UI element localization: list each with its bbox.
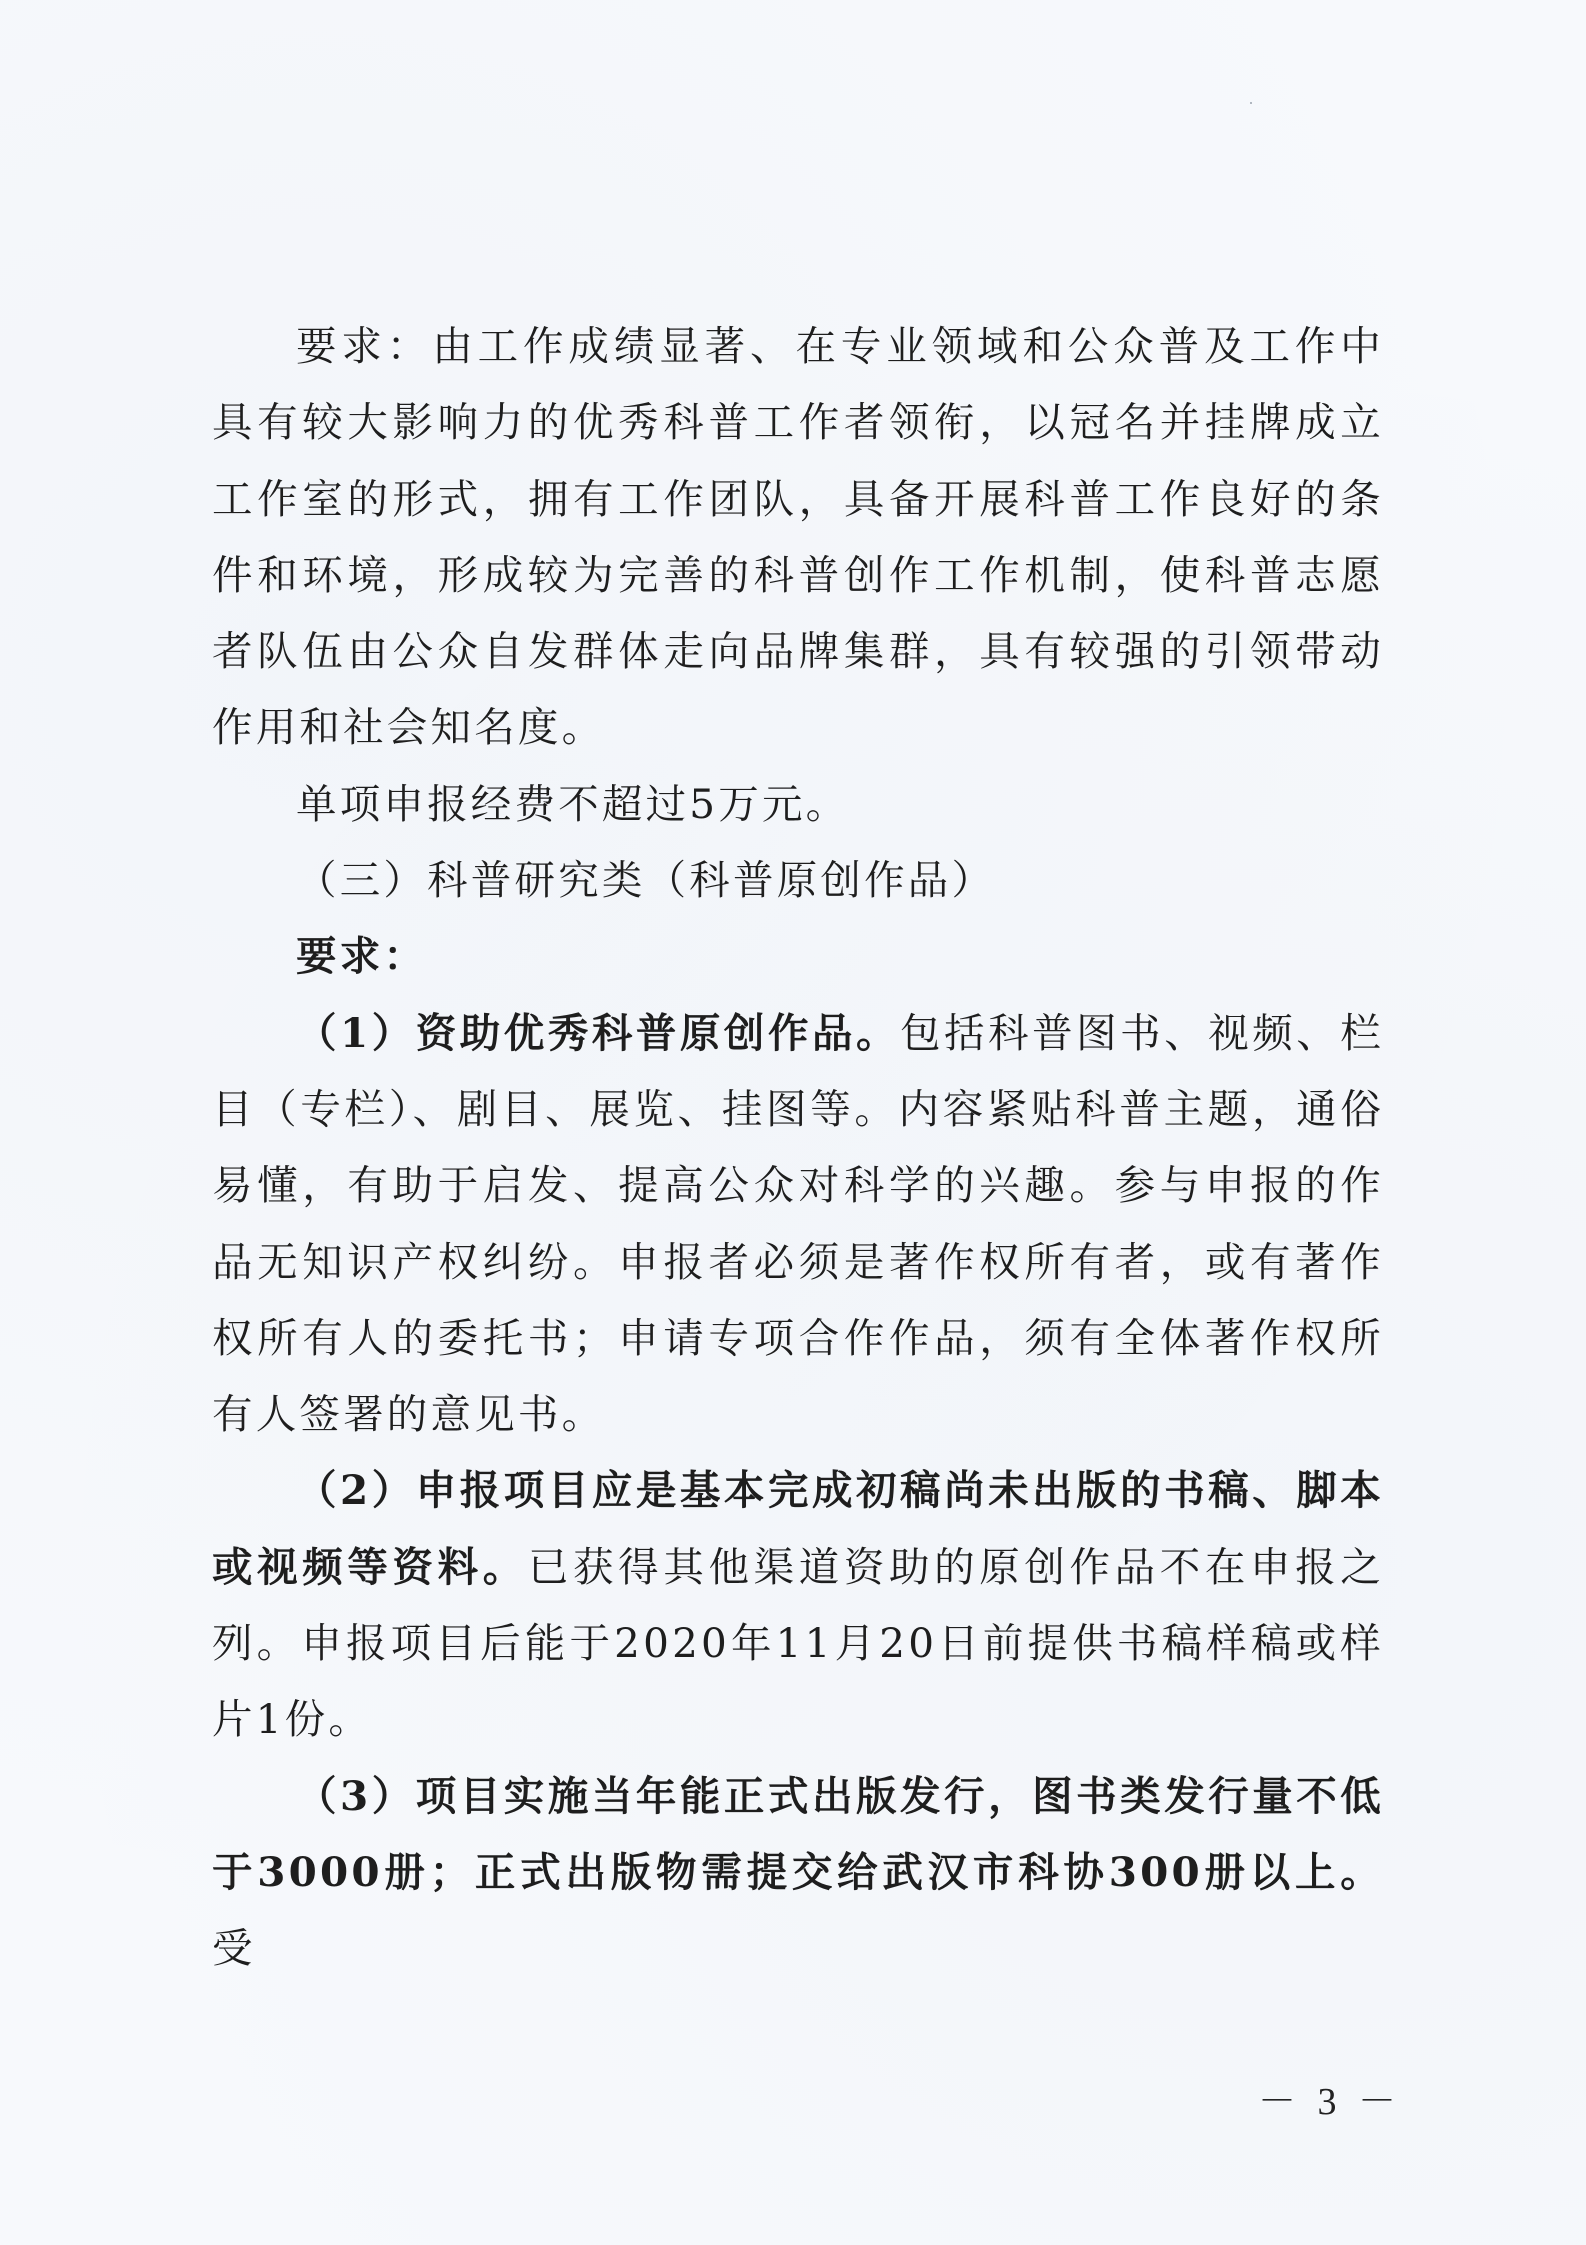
paragraph-text: 要求：由工作成绩显著、在专业领域和公众普及工作中具有较大影响力的优秀科普工作者领… xyxy=(212,322,1384,751)
list-item-2: （2）申报项目应是基本完成初稿尚未出版的书稿、脚本或视频等资料。已获得其他渠道资… xyxy=(212,1452,1384,1757)
list-item-lead: （1）资助优秀科普原创作品。 xyxy=(296,1009,900,1057)
document-body: 要求：由工作成绩显著、在专业领域和公众普及工作中具有较大影响力的优秀科普工作者领… xyxy=(212,308,1384,1987)
paragraph-funding-limit: 单项申报经费不超过5万元。 xyxy=(212,766,1384,842)
document-page: 要求：由工作成绩显著、在专业领域和公众普及工作中具有较大影响力的优秀科普工作者领… xyxy=(0,0,1586,2245)
list-item-text: 包括科普图书、视频、栏目（专栏）、剧目、展览、挂图等。内容紧贴科普主题，通俗易懂… xyxy=(212,1009,1384,1438)
list-item-text: 受 xyxy=(212,1924,256,1972)
list-item-lead: （3）项目实施当年能正式出版发行，图书类发行量不低于3000册；正式出版物需提交… xyxy=(212,1772,1384,1896)
paragraph-studio-requirement: 要求：由工作成绩显著、在专业领域和公众普及工作中具有较大影响力的优秀科普工作者领… xyxy=(212,308,1384,766)
requirement-label-text: 要求： xyxy=(296,932,427,980)
list-item-1: （1）资助优秀科普原创作品。包括科普图书、视频、栏目（专栏）、剧目、展览、挂图等… xyxy=(212,995,1384,1453)
paragraph-text: 单项申报经费不超过5万元。 xyxy=(296,780,849,828)
section-heading-text: （三）科普研究类（科普原创作品） xyxy=(296,856,995,904)
scan-speck xyxy=(1250,102,1252,104)
list-item-3: （3）项目实施当年能正式出版发行，图书类发行量不低于3000册；正式出版物需提交… xyxy=(212,1758,1384,1987)
requirement-label: 要求： xyxy=(212,918,1384,994)
section-heading: （三）科普研究类（科普原创作品） xyxy=(212,842,1384,918)
page-number: － 3 － xyxy=(1258,2070,1402,2125)
